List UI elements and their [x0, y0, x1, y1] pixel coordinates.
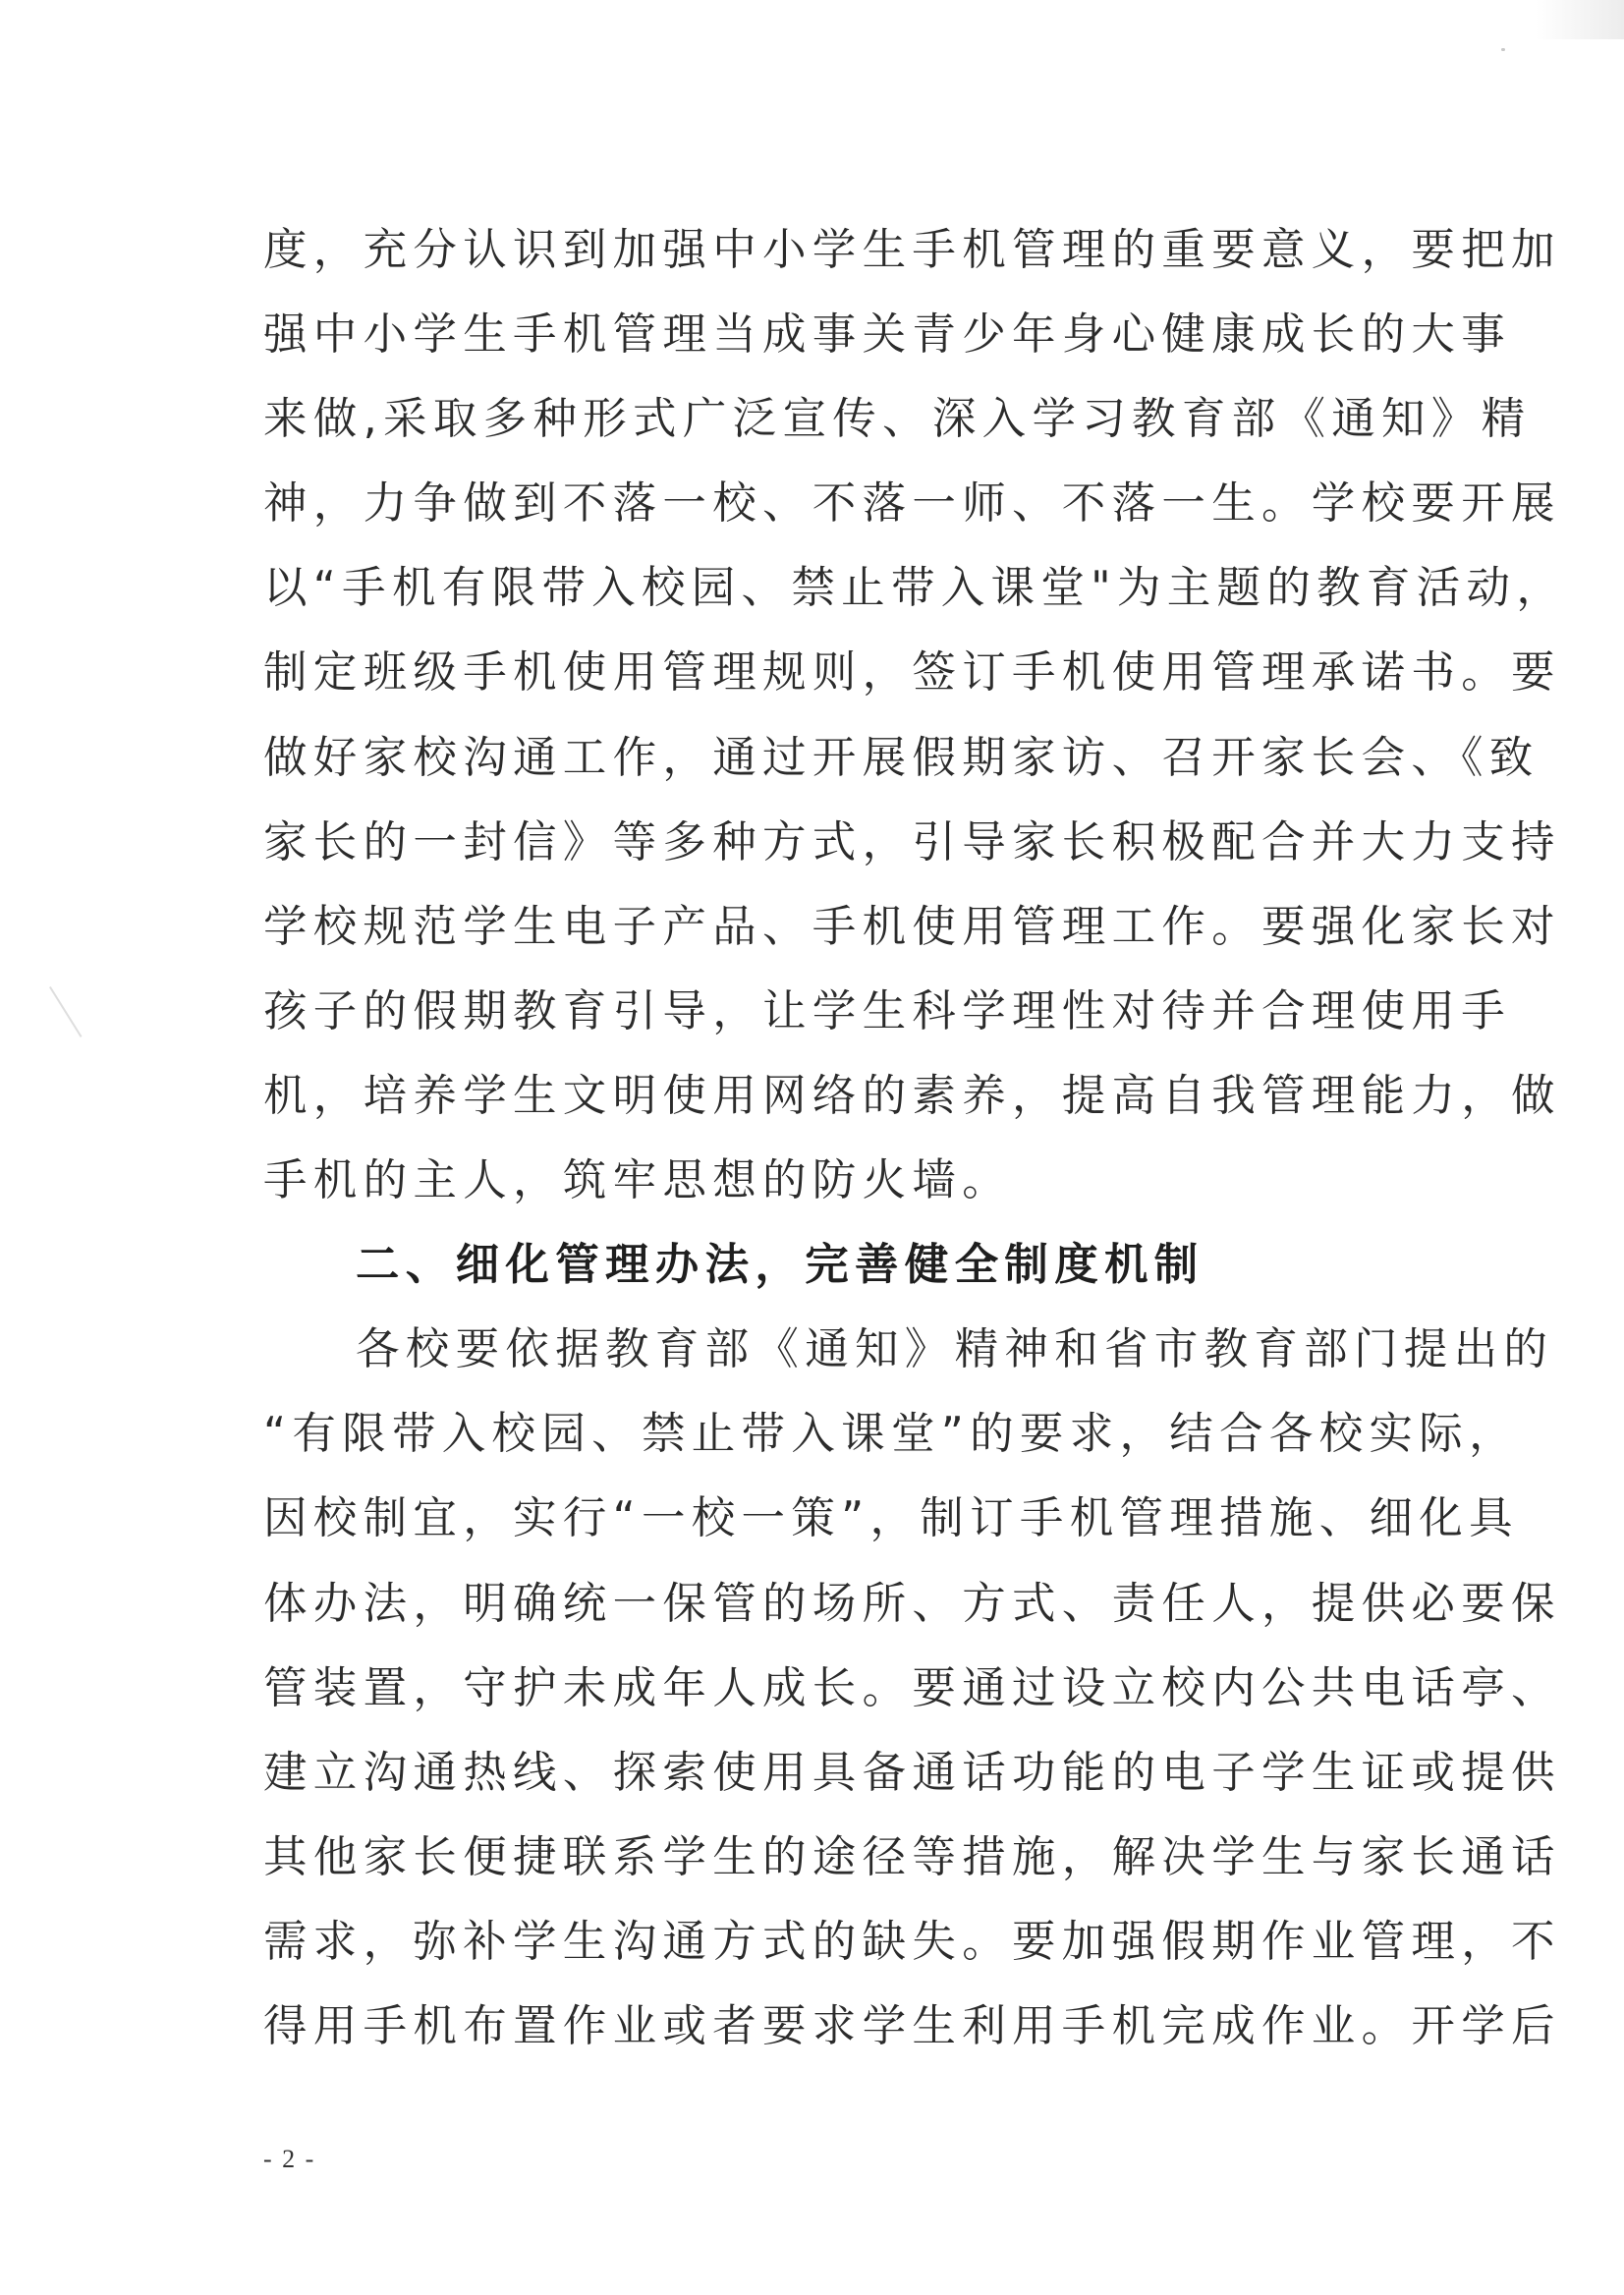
scan-scratch-mark [49, 986, 82, 1037]
text-line: 建立沟通热线、探索使用具备通话功能的电子学生证或提供 [263, 1739, 1395, 1823]
text-line: 神，力争做到不落一校、不落一师、不落一生。学校要开展 [263, 470, 1395, 554]
text-line: 家长的一封信》等多种方式，引导家长积极配合并大力支持 [263, 809, 1395, 893]
text-line: 体办法，明确统一保管的场所、方式、责任人，提供必要保 [263, 1570, 1395, 1654]
text-line: 需求，弥补学生沟通方式的缺失。要加强假期作业管理，不 [263, 1908, 1395, 1992]
paragraph-2: 各校要依据教育部《通知》精神和省市教育部门提出的 “有限带入校园、禁止带入课堂”… [263, 1315, 1395, 2077]
text-line: 因校制宜，实行“一校一策”，制订手机管理措施、细化具 [263, 1484, 1395, 1569]
paragraph-1: 度，充分认识到加强中小学生手机管理的重要意义，要把加 强中小学生手机管理当成事关… [263, 216, 1395, 1231]
page-number: - 2 - [263, 2145, 315, 2174]
text-line: 制定班级手机使用管理规则，签订手机使用管理承诺书。要 [263, 639, 1395, 723]
text-line: “有限带入校园、禁止带入课堂”的要求，结合各校实际， [263, 1400, 1395, 1484]
text-line: 以“手机有限带入校园、禁止带入课堂"为主题的教育活动， [263, 554, 1395, 639]
text-line: 来做,采取多种形式广泛宣传、深入学习教育部《通知》精 [263, 385, 1395, 470]
document-body: 度，充分认识到加强中小学生手机管理的重要意义，要把加 强中小学生手机管理当成事关… [263, 216, 1395, 2077]
text-line: 得用手机布置作业或者要求学生利用手机完成作业。开学后 [263, 1992, 1395, 2077]
text-line: 做好家校沟通工作，通过开展假期家访、召开家长会、《致 [263, 724, 1395, 809]
text-line: 机，培养学生文明使用网络的素养，提高自我管理能力，做 [263, 1062, 1395, 1147]
text-line-first: 各校要依据教育部《通知》精神和省市教育部门提出的 [263, 1315, 1395, 1400]
text-line: 孩子的假期教育引导，让学生科学理性对待并合理使用手 [263, 978, 1395, 1062]
section-heading: 二、细化管理办法，完善健全制度机制 [263, 1231, 1395, 1315]
scan-speck [1501, 48, 1505, 51]
document-page: 度，充分认识到加强中小学生手机管理的重要意义，要把加 强中小学生手机管理当成事关… [0, 0, 1624, 2295]
text-line: 强中小学生手机管理当成事关青少年身心健康成长的大事 [263, 301, 1395, 385]
text-line: 学校规范学生电子产品、手机使用管理工作。要强化家长对 [263, 893, 1395, 978]
scan-edge-shadow [1536, 0, 1624, 39]
text-line: 其他家长便捷联系学生的途径等措施，解决学生与家长通话 [263, 1823, 1395, 1908]
text-line: 管装置，守护未成年人成长。要通过设立校内公共电话亭、 [263, 1654, 1395, 1739]
text-line-last: 手机的主人，筑牢思想的防火墙。 [263, 1147, 1395, 1231]
text-line: 度，充分认识到加强中小学生手机管理的重要意义，要把加 [263, 216, 1395, 301]
